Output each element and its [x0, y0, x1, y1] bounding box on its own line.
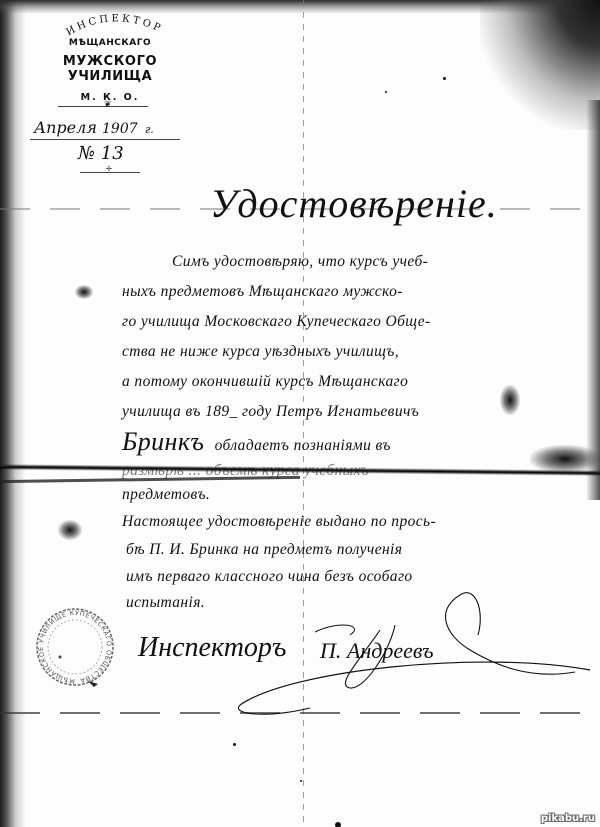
body-p2-line-4: испытанія. — [126, 594, 205, 612]
ink-speck — [300, 780, 302, 782]
ink-speck — [233, 743, 236, 746]
date-month: Апреля — [34, 118, 97, 137]
letterhead-line-3: МУЖСКОГО УЧИЛИЩА — [20, 54, 200, 84]
header-rule-top — [58, 106, 148, 107]
ornament-icon: ❦ — [104, 100, 112, 110]
date-year: 1907 — [102, 121, 138, 137]
ink-speck — [443, 77, 446, 80]
ornament-small-icon: ✢ — [106, 165, 112, 173]
body-line-1: Симъ удостовѣряю, что курсъ учеб- — [172, 253, 428, 271]
ink-blot — [58, 520, 82, 540]
document-page: ИНСПЕКТОРЪ МѢЩАНСКАГО МУЖСКОГО УЧИЛИЩА М… — [0, 0, 600, 827]
document-title: Удостовѣреніе. — [210, 180, 498, 227]
number-sign: № — [78, 143, 95, 164]
date-year-suffix: г. — [145, 123, 154, 136]
letterhead: ИНСПЕКТОРЪ МѢЩАНСКАГО МУЖСКОГО УЧИЛИЩА М… — [20, 6, 200, 103]
body-line-6: училища въ 189_ году Петръ Игнатьевичъ — [122, 403, 419, 421]
ink-blot — [75, 285, 93, 299]
svg-text:ИНСПЕКТОРЪ: ИНСПЕКТОРЪ — [20, 6, 165, 38]
round-seal-stamp: МѢЩАНСКОЕ УЧИЛИЩЕ КУПЕЧЕСКАГО ОБЩЕСТВА — [30, 605, 120, 695]
body-line-7: Бринкъ обладаетъ познаніями въ — [122, 427, 391, 457]
letterhead-arc-title: ИНСПЕКТОРЪ — [20, 6, 200, 46]
body-line-2: ныхъ предметовъ Мѣщанскаго мужско- — [122, 283, 403, 301]
ink-speck — [335, 822, 341, 827]
body-p2-line-2: бѣ П. И. Бринка на предметъ полученія — [126, 541, 402, 559]
date-line: Апреля 1907 г. — [34, 118, 154, 137]
body-line-9: предметовъ. — [122, 486, 210, 504]
scan-edge-shadow-left — [0, 0, 26, 827]
body-line-5: а потому окончившій курсъ Мѣщанскаго — [122, 373, 408, 391]
torn-corner-top-right — [480, 0, 600, 130]
document-number: № 13 — [78, 143, 124, 164]
number-value: 13 — [101, 143, 124, 164]
body-p2-line-1: Настоящее удостовѣреніе выдано по прось- — [122, 513, 436, 531]
ink-speck — [385, 91, 387, 93]
person-name: Бринкъ — [122, 427, 204, 456]
watermark: pikabu.ru — [541, 813, 595, 824]
body-line-8-damaged: размѣрѣ ... объемѣ курса учебныхъ — [122, 462, 369, 480]
scan-edge-shadow-right — [586, 100, 600, 500]
date-underline — [30, 139, 180, 140]
signature-flourish — [230, 590, 600, 720]
body-line-4: ства не ниже курса уѣздныхъ училищъ, — [122, 343, 399, 361]
ink-blot — [500, 385, 520, 415]
body-p2-line-3: имъ перваго классного чина безъ особаго — [126, 568, 413, 586]
body-line-3: го училища Московскаго Купеческаго Обще- — [122, 313, 431, 331]
ink-smear — [530, 445, 600, 473]
